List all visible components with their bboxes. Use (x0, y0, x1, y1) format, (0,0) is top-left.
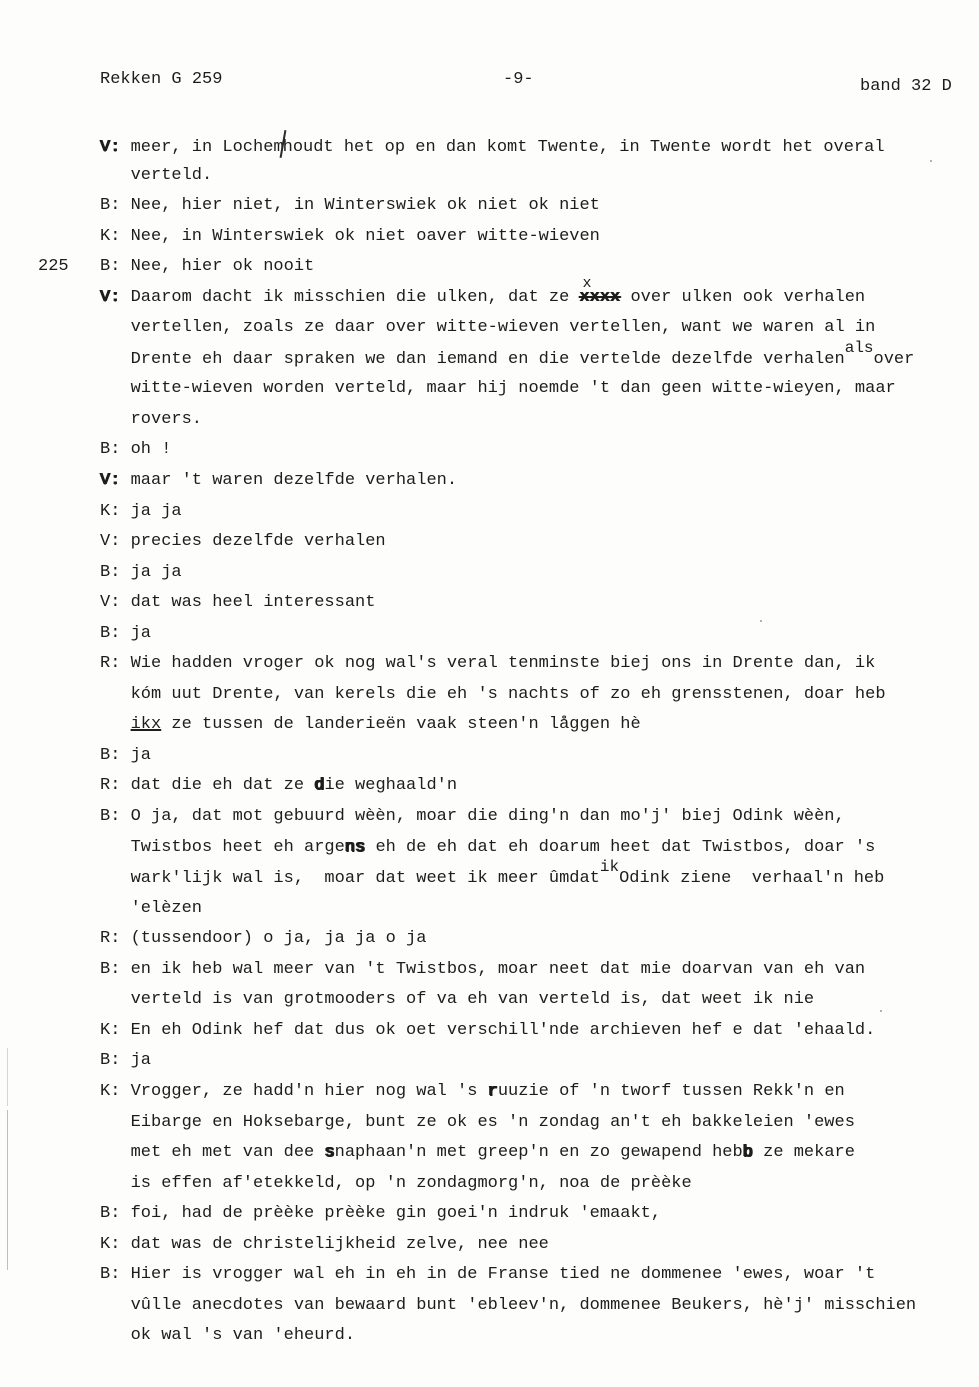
transcript-line: R:Wie hadden vroger ok nog wal's veral t… (100, 649, 960, 680)
line-text: is effen af'etekkeld, op 'n zondagmorg'n… (131, 1174, 692, 1193)
scan-artifact-line (7, 1048, 8, 1106)
text-segment: dat was de christelijkheid zelve, nee ne… (131, 1235, 549, 1254)
transcript-line: K:ja ja (100, 497, 960, 528)
speaker-label: K: (100, 1016, 131, 1047)
line-text: Daarom dacht ik misschien die ulken, dat… (131, 288, 866, 307)
text-segment: naphaan'n met greep'n en zo gewapend heb (335, 1143, 743, 1162)
transcript-line: B:ja ja (100, 558, 960, 589)
transcript-line: vertellen, zoals ze daar over witte-wiev… (100, 313, 960, 344)
transcript-line: K:En eh Odink hef dat dus ok oet verschi… (100, 1016, 960, 1047)
scan-speck (880, 1010, 882, 1012)
transcript-line: B:O ja, dat mot gebuurd wèèn, moar die d… (100, 802, 960, 833)
line-text: ja (131, 1051, 151, 1070)
text-segment: wark'lijk wal is, moar dat weet ik meer … (131, 869, 600, 888)
text-segment: ja ja (131, 563, 182, 582)
text-segment: over (874, 350, 915, 369)
line-text: (tussendoor) o ja, ja ja o ja (131, 929, 427, 948)
speaker-label: K: (100, 222, 131, 253)
document-page: Rekken G 259 -9- band 32 D 225 V:meer, i… (0, 0, 979, 1387)
text-segment: Nee, in Winterswiek ok niet oaver witte-… (131, 227, 600, 246)
line-text: verteld. (131, 166, 213, 185)
margin-line-number: 225 (38, 252, 69, 283)
text-segment: rovers. (131, 410, 202, 429)
speaker-label: B: (100, 741, 131, 772)
text-segment: Nee, hier niet, in Winterswiek ok niet o… (131, 196, 600, 215)
speaker-label: B: (100, 252, 131, 283)
text-segment: ze mekare (753, 1143, 855, 1162)
text-segment: foi, had de prèèke prèèke gin goei'n ind… (131, 1204, 662, 1223)
transcript-line: ok wal 's van 'eheurd. (100, 1321, 960, 1352)
transcript-line: vûlle anecdotes van bewaard bunt 'ebleev… (100, 1291, 960, 1322)
transcript-line: K:dat was de christelijkheid zelve, nee … (100, 1230, 960, 1261)
line-text: maar 't waren dezelfde verhalen. (131, 471, 457, 490)
line-text: precies dezelfde verhalen (131, 532, 386, 551)
transcript-body: V:meer, in Lochemhoudt het op en dan kom… (100, 130, 960, 1352)
text-segment: vûlle anecdotes van bewaard bunt 'ebleev… (131, 1296, 917, 1315)
text-segment: Wie hadden vroger ok nog wal's veral ten… (131, 654, 876, 673)
text-segment: en ik heb wal meer van 't Twistbos, moar… (131, 960, 866, 979)
text-segment: kóm uut Drente, van kerels die eh 's nac… (131, 685, 886, 704)
transcript-line: K:Vrogger, ze hadd'n hier nog wal 's ruu… (100, 1077, 960, 1108)
transcript-line: B:Nee, hier ok nooit (100, 252, 960, 283)
transcript-line: verteld is van grotmooders of va eh van … (100, 985, 960, 1016)
transcript-line: kóm uut Drente, van kerels die eh 's nac… (100, 680, 960, 711)
scan-artifact-line (7, 1110, 8, 1270)
transcript-line: V:dat was heel interessant (100, 588, 960, 619)
transcript-line: witte-wieven worden verteld, maar hij no… (100, 374, 960, 405)
speaker-label: K: (100, 1230, 131, 1261)
line-text: ikx ze tussen de landerieën vaak steen'n… (131, 715, 641, 734)
speaker-label: R: (100, 771, 131, 802)
header-doc-id: Rekken G 259 (100, 70, 222, 89)
line-text: verteld is van grotmooders of va eh van … (131, 990, 815, 1009)
transcript-line: is effen af'etekkeld, op 'n zondagmorg'n… (100, 1169, 960, 1200)
speaker-label: V: (100, 133, 131, 164)
transcript-line: K:Nee, in Winterswiek ok niet oaver witt… (100, 222, 960, 253)
text-segment: ie weghaald'n (324, 776, 457, 795)
line-text: oh ! (131, 440, 172, 459)
line-text: O ja, dat mot gebuurd wèèn, moar die din… (131, 807, 845, 826)
transcript-line: Drente eh daar spraken we dan iemand en … (100, 344, 960, 375)
transcript-line: R:dat die eh dat ze die weghaald'n (100, 771, 960, 802)
text-segment: verteld. (131, 166, 213, 185)
text-segment: O ja, dat mot gebuurd wèèn, moar die din… (131, 807, 845, 826)
speaker-label: R: (100, 924, 131, 955)
line-text: ok wal 's van 'eheurd. (131, 1326, 355, 1345)
transcript-line: met eh met van dee snaphaan'n met greep'… (100, 1138, 960, 1169)
transcript-line: B:Hier is vrogger wal eh in eh in de Fra… (100, 1260, 960, 1291)
text-segment: met eh met van dee (131, 1143, 325, 1162)
text-segment: Daarom dacht ik misschien die ulken, dat… (131, 288, 580, 307)
speaker-label: B: (100, 1046, 131, 1077)
line-text: Nee, in Winterswiek ok niet oaver witte-… (131, 227, 600, 246)
speaker-label: B: (100, 619, 131, 650)
transcript-line: 'elèzen (100, 894, 960, 925)
correction-overwrite: xxxxx (579, 283, 620, 314)
line-text: Nee, hier niet, in Winterswiek ok niet o… (131, 196, 600, 215)
header-band-label: band 32 D (860, 77, 952, 96)
header-page-number: -9- (503, 70, 534, 89)
text-segment: over ulken ook verhalen (620, 288, 865, 307)
text-segment: precies dezelfde verhalen (131, 532, 386, 551)
line-text: foi, had de prèèke prèèke gin goei'n ind… (131, 1204, 662, 1223)
line-text: vertellen, zoals ze daar over witte-wiev… (131, 318, 876, 337)
line-text: Hier is vrogger wal eh in eh in de Frans… (131, 1265, 876, 1284)
speaker-label: K: (100, 1077, 131, 1108)
line-text: dat was de christelijkheid zelve, nee ne… (131, 1235, 549, 1254)
speaker-label: V: (100, 283, 131, 314)
text-segment: ja ja (131, 502, 182, 521)
line-text: dat was heel interessant (131, 593, 376, 612)
text-segment: ja (131, 1051, 151, 1070)
scan-speck (760, 620, 762, 622)
text-segment: witte-wieven worden verteld, maar hij no… (131, 379, 896, 398)
text-segment: ns (345, 838, 365, 857)
text-segment: s (324, 1143, 334, 1162)
speaker-label: B: (100, 435, 131, 466)
text-segment: is effen af'etekkeld, op 'n zondagmorg'n… (131, 1174, 692, 1193)
text-segment: ze tussen de landerieën vaak steen'n låg… (161, 715, 640, 734)
text-segment: Odink ziene verhaal'n heb (619, 869, 884, 888)
text-segment: Hier is vrogger wal eh in eh in de Frans… (131, 1265, 876, 1284)
text-segment: Twistbos heet eh arge (131, 838, 345, 857)
transcript-line: B:ja (100, 741, 960, 772)
line-text: ja ja (131, 563, 182, 582)
speaker-label: V: (100, 466, 131, 497)
line-text: Vrogger, ze hadd'n hier nog wal 's ruuzi… (131, 1082, 845, 1101)
text-segment: uuzie of 'n tworf tussen Rekk'n en (498, 1082, 845, 1101)
speaker-label: B: (100, 1199, 131, 1230)
transcript-line: B:en ik heb wal meer van 't Twistbos, mo… (100, 955, 960, 986)
text-segment: meer, in Lochem (131, 138, 284, 157)
text-segment: verteld is van grotmooders of va eh van … (131, 990, 815, 1009)
line-text: witte-wieven worden verteld, maar hij no… (131, 379, 896, 398)
speaker-label: V: (100, 527, 131, 558)
line-text: ja ja (131, 502, 182, 521)
transcript-line: wark'lijk wal is, moar dat weet ik meer … (100, 863, 960, 894)
speaker-label: B: (100, 558, 131, 589)
text-segment: ja (131, 624, 151, 643)
speaker-label: V: (100, 588, 131, 619)
transcript-line: Eibarge en Hoksebarge, bunt ze ok es 'n … (100, 1108, 960, 1139)
scan-speck (930, 160, 932, 162)
text-segment: d (314, 776, 324, 795)
line-text: vûlle anecdotes van bewaard bunt 'ebleev… (131, 1296, 917, 1315)
line-text: wark'lijk wal is, moar dat weet ik meer … (131, 869, 885, 888)
transcript-line: V:precies dezelfde verhalen (100, 527, 960, 558)
line-text: meer, in Lochemhoudt het op en dan komt … (131, 138, 885, 157)
text-segment: 'elèzen (131, 899, 202, 918)
line-text: Twistbos heet eh argens eh de eh dat eh … (131, 838, 876, 857)
text-segment: vertellen, zoals ze daar over witte-wiev… (131, 318, 876, 337)
transcript-line: verteld. (100, 161, 960, 192)
text-segment: b (743, 1143, 753, 1162)
line-text: kóm uut Drente, van kerels die eh 's nac… (131, 685, 886, 704)
line-text: Drente eh daar spraken we dan iemand en … (131, 350, 915, 369)
transcript-line: B:ja (100, 619, 960, 650)
line-text: 'elèzen (131, 899, 202, 918)
inserted-superscript: als (845, 339, 874, 357)
text-segment: ikx (131, 715, 162, 734)
line-text: en ik heb wal meer van 't Twistbos, moar… (131, 960, 866, 979)
text-segment: Nee, hier ok nooit (131, 257, 315, 276)
transcript-line: rovers. (100, 405, 960, 436)
text-segment: dat die eh dat ze (131, 776, 315, 795)
transcript-line: V:Daarom dacht ik misschien die ulken, d… (100, 283, 960, 314)
inserted-superscript: ik (600, 858, 619, 876)
line-text: Nee, hier ok nooit (131, 257, 315, 276)
line-text: En eh Odink hef dat dus ok oet verschill… (131, 1021, 876, 1040)
transcript-line: B:ja (100, 1046, 960, 1077)
line-text: met eh met van dee snaphaan'n met greep'… (131, 1143, 855, 1162)
text-segment: r (488, 1082, 498, 1101)
speaker-label: K: (100, 497, 131, 528)
line-text: ja (131, 624, 151, 643)
text-segment: (tussendoor) o ja, ja ja o ja (131, 929, 427, 948)
text-segment: eh de eh dat eh doarum heet dat Twistbos… (365, 838, 875, 857)
text-segment: Drente eh daar spraken we dan iemand en … (131, 350, 845, 369)
text-segment: ja (131, 746, 151, 765)
line-text: ja (131, 746, 151, 765)
text-segment: ok wal 's van 'eheurd. (131, 1326, 355, 1345)
text-segment: houdt het op en dan komt Twente, in Twen… (283, 138, 885, 157)
transcript-line: ikx ze tussen de landerieën vaak steen'n… (100, 710, 960, 741)
transcript-line: Twistbos heet eh argens eh de eh dat eh … (100, 833, 960, 864)
text-segment: En eh Odink hef dat dus ok oet verschill… (131, 1021, 876, 1040)
line-text: Wie hadden vroger ok nog wal's veral ten… (131, 654, 876, 673)
text-segment: Vrogger, ze hadd'n hier nog wal 's (131, 1082, 488, 1101)
line-text: rovers. (131, 410, 202, 429)
transcript-line: V:meer, in Lochemhoudt het op en dan kom… (100, 130, 960, 161)
text-segment: oh ! (131, 440, 172, 459)
transcript-line: R:(tussendoor) o ja, ja ja o ja (100, 924, 960, 955)
transcript-line: B:oh ! (100, 435, 960, 466)
speaker-label: B: (100, 1260, 131, 1291)
transcript-line: B:Nee, hier niet, in Winterswiek ok niet… (100, 191, 960, 222)
line-text: dat die eh dat ze die weghaald'n (131, 776, 457, 795)
text-segment: dat was heel interessant (131, 593, 376, 612)
speaker-label: R: (100, 649, 131, 680)
transcript-line: B:foi, had de prèèke prèèke gin goei'n i… (100, 1199, 960, 1230)
line-text: Eibarge en Hoksebarge, bunt ze ok es 'n … (131, 1113, 855, 1132)
speaker-label: B: (100, 191, 131, 222)
speaker-label: B: (100, 955, 131, 986)
speaker-label: B: (100, 802, 131, 833)
transcript-line: V:maar 't waren dezelfde verhalen. (100, 466, 960, 497)
text-segment: Eibarge en Hoksebarge, bunt ze ok es 'n … (131, 1113, 855, 1132)
text-segment: maar 't waren dezelfde verhalen. (131, 471, 457, 490)
